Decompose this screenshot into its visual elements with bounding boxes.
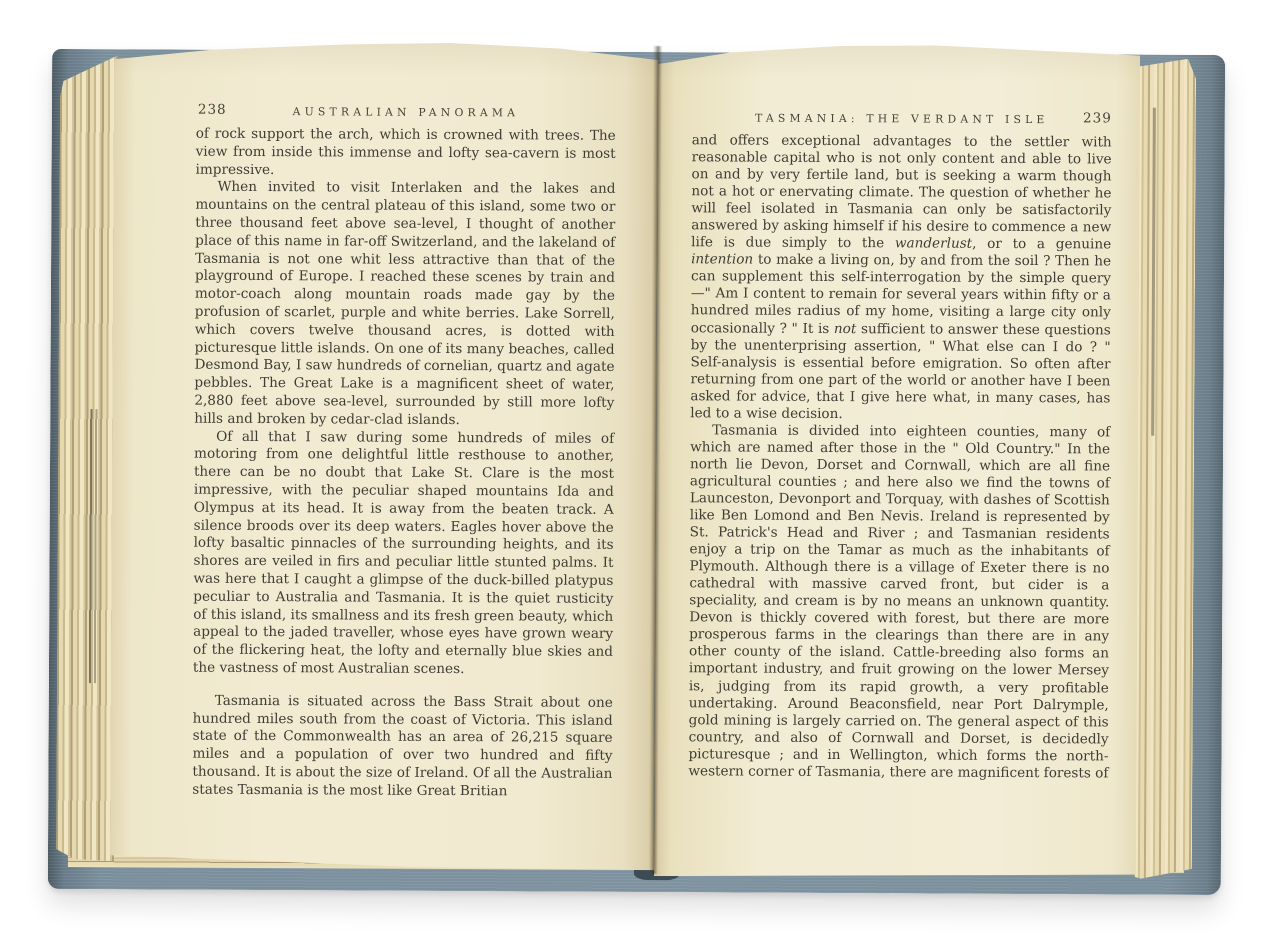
paragraph: Tasmania is situated across the Bass Str… (192, 692, 613, 801)
left-page: 238 AUSTRALIAN PANORAMA of rock support … (110, 41, 658, 870)
paragraph: When invited to visit Interlaken and the… (194, 179, 615, 430)
page-edges-right (1134, 59, 1196, 879)
paragraph: Tasmania is divided into eighteen counti… (688, 422, 1110, 782)
page-edges-left (56, 53, 118, 861)
left-page-body: of rock support the arch, which is crown… (192, 126, 616, 802)
photo-of-open-book: 238 AUSTRALIAN PANORAMA of rock support … (0, 0, 1280, 936)
paragraph: of rock support the arch, which is crown… (196, 126, 616, 182)
book: 238 AUSTRALIAN PANORAMA of rock support … (0, 0, 1280, 936)
paragraph: and offers exceptional advantages to the… (690, 132, 1112, 424)
paragraph: Of all that I saw during some hundreds o… (193, 428, 614, 679)
right-page-body: and offers exceptional advantages to the… (688, 132, 1111, 782)
right-page: 239 TASMANIA: THE VERDANT ISLE and offer… (654, 44, 1140, 879)
left-running-header: AUSTRALIAN PANORAMA (196, 105, 616, 120)
right-running-header: TASMANIA: THE VERDANT ISLE (692, 111, 1112, 126)
